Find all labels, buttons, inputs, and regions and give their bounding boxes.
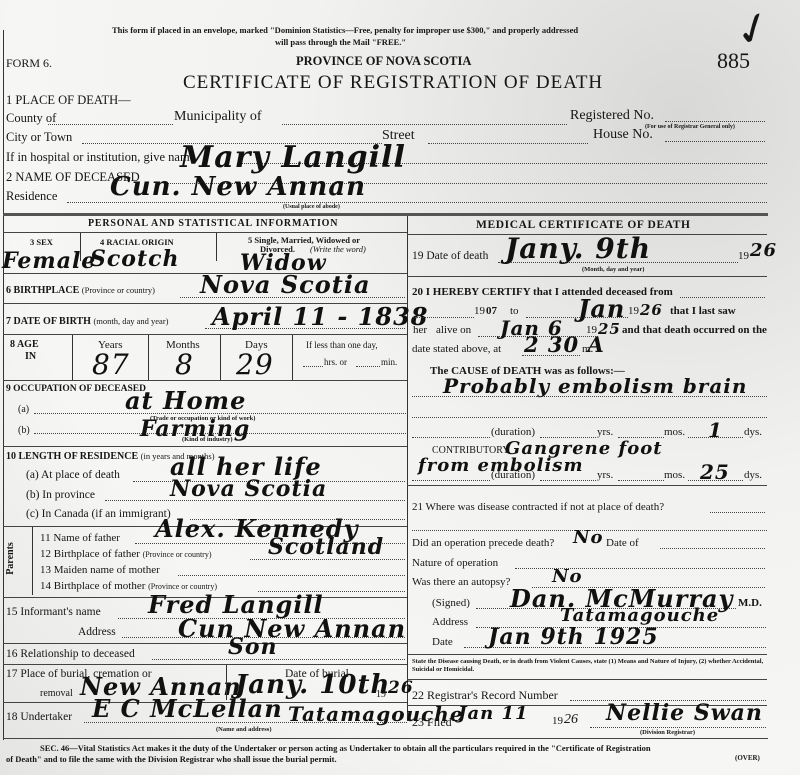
divider	[3, 232, 407, 233]
parents-side-label: Parents	[5, 542, 16, 575]
divider	[216, 233, 217, 261]
date-stated-label: date stated above, at	[412, 343, 501, 355]
death-certificate-page: This form if placed in an envelope, mark…	[0, 0, 800, 775]
divider	[3, 664, 407, 665]
cause-duration-days: 1	[708, 418, 723, 442]
divider	[3, 446, 407, 447]
attended-from-year: 07	[486, 305, 497, 317]
birthplace-value: Nova Scotia	[200, 270, 371, 299]
cause-duration-label: (duration)	[491, 426, 535, 438]
cause-field-1[interactable]	[412, 396, 767, 397]
certify-label-text: 20 I HEREBY CERTIFY that I attended dece…	[412, 286, 673, 298]
operation-date-field[interactable]	[660, 548, 765, 549]
certificate-number: 885	[717, 48, 750, 74]
contracted-field[interactable]	[710, 512, 765, 513]
mother-birthplace-label-text: 14 Birthplace of mother	[40, 580, 145, 592]
contributory-duration-label: (duration)	[491, 469, 535, 481]
attended-from-field[interactable]	[680, 297, 765, 298]
section-divider	[3, 213, 768, 216]
divider	[407, 276, 767, 277]
registered-no-label: Registered No.	[570, 108, 654, 124]
divider	[220, 335, 221, 380]
date-of-death-year-prefix: 19	[738, 250, 749, 262]
hospital-label: If in hospital or institution, give name	[6, 150, 195, 165]
her-label: her	[413, 324, 427, 336]
divider	[72, 335, 73, 380]
residence-b-label: (b) In province	[26, 489, 95, 501]
form-number: FORM 6.	[6, 56, 52, 71]
relationship-field[interactable]	[152, 659, 405, 660]
informant-name-label: 15 Informant's name	[6, 606, 101, 618]
age-minutes-label: min.	[381, 357, 397, 367]
burial-place-label-2: removal	[40, 688, 73, 699]
medical-date-value: Jan 9th 1925	[488, 624, 659, 650]
father-name-label: 11 Name of father	[40, 532, 120, 544]
filed-year: 26	[564, 712, 578, 728]
age-years-value: 87	[92, 348, 130, 381]
registrar-signature-field[interactable]	[590, 727, 766, 728]
divider	[407, 654, 767, 655]
contributory-duration-months-field[interactable]	[618, 480, 664, 481]
last-saw-label: that I last saw	[670, 305, 736, 317]
occurred-label: and that death occurred on the	[622, 324, 767, 336]
operation-label: Did an operation precede death?	[412, 537, 554, 549]
divider	[407, 485, 767, 486]
divider	[148, 335, 149, 380]
mother-maiden-field[interactable]	[178, 575, 405, 576]
contributory-duration-days: 25	[700, 460, 730, 484]
contributory-duration-years-field[interactable]	[540, 480, 596, 481]
county-field[interactable]	[48, 124, 173, 125]
residence-label: Residence	[6, 189, 57, 204]
operation-date-label: Date of	[606, 537, 639, 549]
undertaker-note: (Name and address)	[216, 726, 272, 733]
birthplace-label: 6 BIRTHPLACE (Province or country)	[6, 285, 155, 296]
age-minutes-field[interactable]	[356, 366, 380, 367]
divider	[3, 334, 407, 335]
left-border	[3, 30, 4, 740]
date-of-death-note: (Month, day and year)	[582, 266, 644, 273]
age-label-2: IN	[25, 351, 36, 362]
occupation-b-note: (Kind of industry)	[182, 436, 233, 443]
medical-date-label: Date	[432, 636, 453, 648]
footer-line-1: SEC. 46—Vital Statistics Act makes it th…	[40, 743, 651, 753]
informant-address-value: Cun New Annan	[178, 614, 406, 643]
footer-divider	[3, 738, 768, 739]
over-label: (OVER)	[735, 754, 760, 762]
mother-maiden-label: 13 Maiden name of mother	[40, 564, 160, 576]
cause-duration-pre[interactable]	[412, 437, 490, 438]
time-suffix: m.	[582, 343, 593, 355]
deceased-name-value: Mary Langill	[180, 140, 406, 175]
relationship-label: 16 Relationship to deceased	[6, 648, 135, 660]
burial-year-value: 26	[388, 678, 414, 698]
cause-mos-label: mos.	[664, 426, 685, 438]
column-divider	[407, 216, 408, 721]
contributory-duration-pre[interactable]	[412, 480, 490, 481]
divider	[292, 335, 293, 380]
place-of-death-label: 1 PLACE OF DEATH—	[6, 93, 131, 108]
age-label-1: 8 AGE	[10, 339, 39, 350]
parents-bracket	[32, 527, 33, 595]
attended-from-year-prefix: 19	[474, 305, 485, 317]
father-birthplace-hint: (Province or country)	[143, 550, 212, 559]
birthplace-hint: (Province or country)	[82, 285, 155, 295]
residence-b-value: Nova Scotia	[170, 476, 327, 502]
certificate-title: CERTIFICATE OF REGISTRATION OF DEATH	[183, 72, 603, 94]
father-birthplace-label-text: 12 Birthplace of father	[40, 548, 140, 560]
residence-note: (Usual place of abode)	[283, 204, 340, 210]
dob-label-text: 7 DATE OF BIRTH	[6, 316, 91, 327]
footer-line-2: of Death" and to file the same with the …	[6, 754, 337, 764]
undertaker-value: E C McLellan	[92, 694, 283, 723]
record-number-label: 22 Registrar's Record Number	[412, 688, 558, 703]
residence-field[interactable]	[67, 202, 767, 203]
postal-notice-line-1: This form if placed in an envelope, mark…	[112, 25, 578, 35]
md-label: M.D.	[738, 597, 762, 609]
postal-notice-line-2: will pass through the Mail "FREE."	[275, 37, 406, 47]
nature-label: Nature of operation	[412, 557, 498, 569]
attended-to-year: 26	[640, 301, 663, 319]
contributory-yrs-label: yrs.	[597, 469, 613, 481]
date-of-death-year: 26	[750, 240, 777, 261]
house-no-label: House No.	[593, 127, 653, 143]
residence-a-label: (a) At place of death	[26, 469, 120, 481]
relationship-value: Son	[228, 634, 278, 660]
father-birthplace-value: Scotland	[268, 534, 384, 560]
residence-length-label-text: 10 LENGTH OF RESIDENCE	[6, 451, 138, 462]
racial-origin-value: Scotch	[90, 246, 180, 272]
registered-no-note: (For use of Registrar General only)	[645, 124, 735, 130]
cause-yrs-label: yrs.	[597, 426, 613, 438]
registered-no-field[interactable]	[665, 121, 765, 122]
occupation-b-label: (b)	[18, 425, 30, 436]
sex-label: 3 SEX	[30, 237, 53, 247]
dob-hint: (month, day and year)	[93, 316, 168, 326]
residence-value: Cun. New Annan	[110, 172, 366, 202]
divider	[407, 679, 767, 680]
undertaker-label: 18 Undertaker	[6, 711, 72, 723]
operation-value: No	[573, 527, 603, 548]
filed-label: 23 Filed	[412, 715, 452, 730]
signed-label: (Signed)	[432, 597, 470, 609]
dob-value: April 11 - 1838	[212, 302, 429, 331]
house-no-field[interactable]	[665, 141, 765, 142]
contracted-label: 21 Where was disease contracted if not a…	[412, 501, 664, 513]
cause-dys-label: dys.	[744, 426, 762, 438]
filed-value: Jan 11	[458, 703, 529, 724]
city-label: City or Town	[6, 130, 72, 145]
medical-address-value: Tatamagouche	[560, 605, 719, 626]
contributory-mos-label: mos.	[664, 469, 685, 481]
sex-value: Female	[2, 248, 96, 274]
filed-year-prefix: 19	[552, 715, 563, 727]
autopsy-label: Was there an autopsy?	[412, 576, 510, 588]
registrar-note: (Division Registrar)	[640, 729, 695, 736]
attended-to-value: Jan	[578, 294, 625, 323]
province-heading: PROVINCE OF NOVA SCOTIA	[296, 54, 471, 69]
contributory-dys-label: dys.	[744, 469, 762, 481]
residence-c-label: (c) In Canada (if an immigrant)	[26, 508, 171, 520]
street-field[interactable]	[428, 143, 588, 144]
municipality-field[interactable]	[282, 124, 567, 125]
occupation-a-label: (a)	[18, 404, 29, 415]
certify-label: 20 I HEREBY CERTIFY that I attended dece…	[412, 286, 673, 298]
divider	[3, 643, 407, 644]
informant-address-label: Address	[78, 626, 116, 638]
municipality-label: Municipality of	[174, 109, 262, 125]
alive-on-label: alive on	[436, 324, 471, 336]
dob-label: 7 DATE OF BIRTH (month, day and year)	[6, 316, 169, 327]
occupation-a-value: at Home	[125, 386, 246, 415]
date-of-death-value: Jany. 9th	[505, 232, 651, 265]
age-hours-label: hrs. or	[324, 357, 347, 367]
age-less-label: If less than one day,	[306, 340, 378, 350]
date-of-death-label: 19 Date of death	[412, 250, 488, 262]
age-hours-field[interactable]	[303, 366, 323, 367]
birthplace-label-text: 6 BIRTHPLACE	[6, 285, 79, 296]
medical-footnote: State the Disease causing Death, or in d…	[412, 658, 767, 674]
burial-year-prefix: 19	[376, 689, 386, 700]
cause-value: Probably embolism brain	[443, 374, 747, 398]
attended-from-month-field[interactable]	[412, 317, 474, 318]
divider	[3, 380, 407, 381]
age-months-value: 8	[175, 348, 194, 381]
father-birthplace-label: 12 Birthplace of father (Province or cou…	[40, 548, 212, 560]
registrar-signature: Nellie Swan	[606, 700, 763, 726]
attended-to-year-prefix: 19	[628, 305, 639, 317]
personal-section-title: PERSONAL AND STATISTICAL INFORMATION	[88, 218, 338, 229]
medical-section-title: MEDICAL CERTIFICATE OF DEATH	[476, 219, 691, 231]
age-days-value: 29	[236, 348, 274, 381]
medical-address-label: Address	[432, 616, 468, 628]
